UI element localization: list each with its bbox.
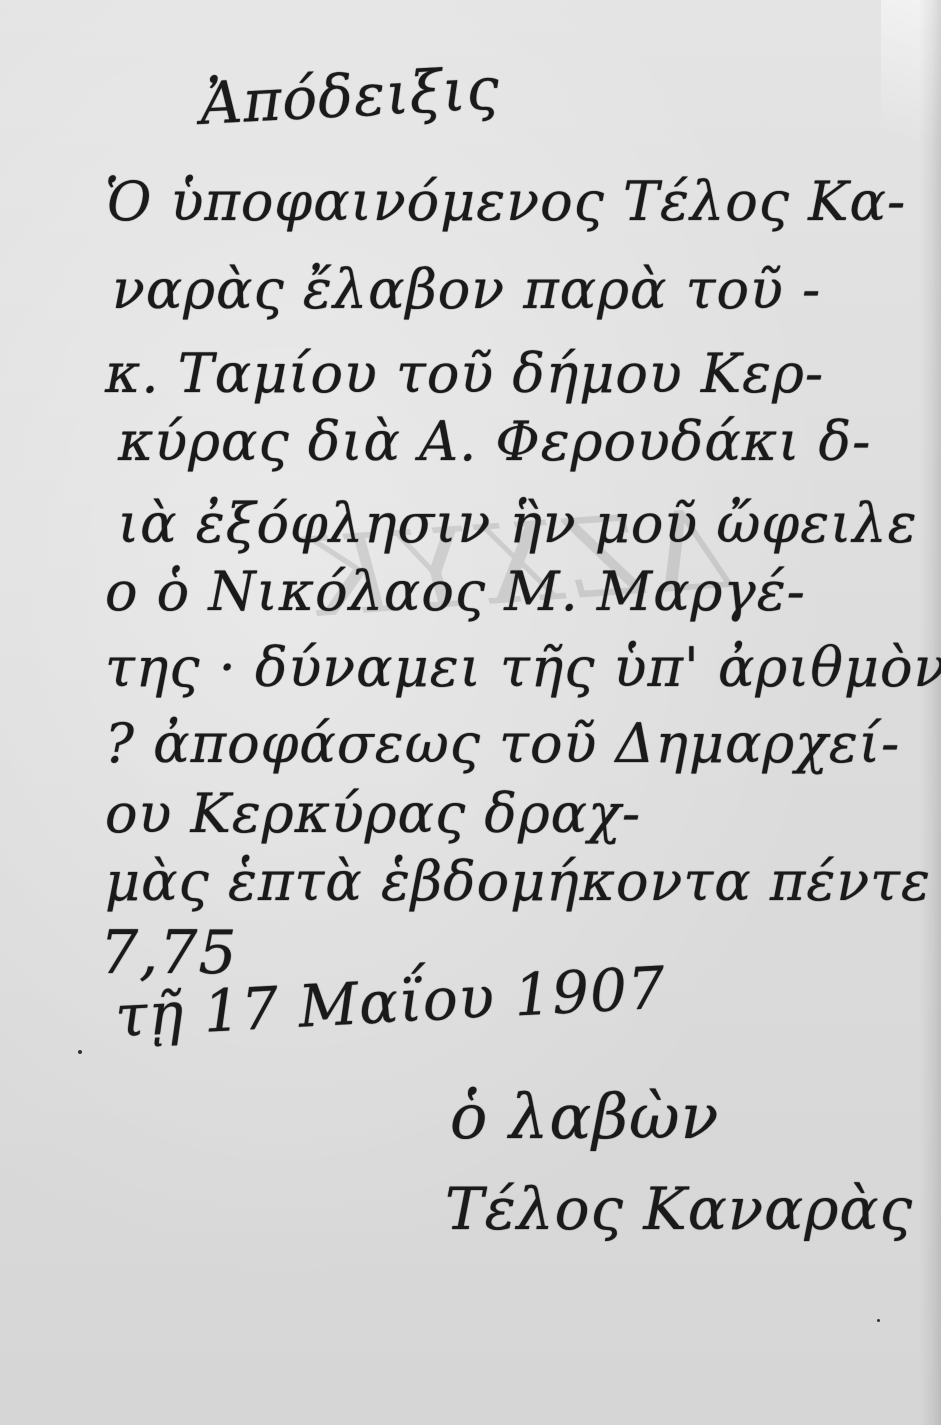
- closing-phrase: ὁ λαβὼν: [450, 1080, 719, 1153]
- body-line: ου Κερκύρας δραχ-: [105, 782, 641, 845]
- document-page: ΔΖΧΥΚ Ἀπόδειξις Ὁ ὑποφαινόμενος Τέλος Κα…: [0, 0, 941, 1425]
- ink-speck: [78, 1050, 82, 1054]
- body-line: κύρας διὰ Α. Φερουδάκι δ-: [118, 410, 871, 473]
- body-line: ιὰ ἐξόφλησιν ἣν μοῦ ὤφειλε: [118, 492, 918, 555]
- document-title: Ἀπόδειξις: [198, 54, 501, 138]
- signature: Τέλος Καναρὰς: [445, 1175, 913, 1243]
- body-line: κ. Ταμίου τοῦ δήμου Κερ-: [105, 342, 824, 405]
- body-line: ναρὰς ἔλαβον παρὰ τοῦ -: [112, 258, 821, 321]
- body-line: ? ἀποφάσεως τοῦ Δημαρχεί-: [105, 712, 900, 775]
- body-line: ο ὁ Νικόλαος Μ. Μαργέ-: [105, 560, 806, 623]
- body-line: Ὁ ὑποφαινόμενος Τέλος Κα-: [105, 170, 906, 233]
- body-line: της · δύναμει τῆς ὑπ' ἀριθμὸν: [105, 636, 941, 699]
- body-line: μὰς ἑπτὰ ἑβδομήκοντα πέντε: [105, 850, 931, 913]
- ink-speck: [877, 1319, 880, 1322]
- paper-edge: [919, 0, 941, 1425]
